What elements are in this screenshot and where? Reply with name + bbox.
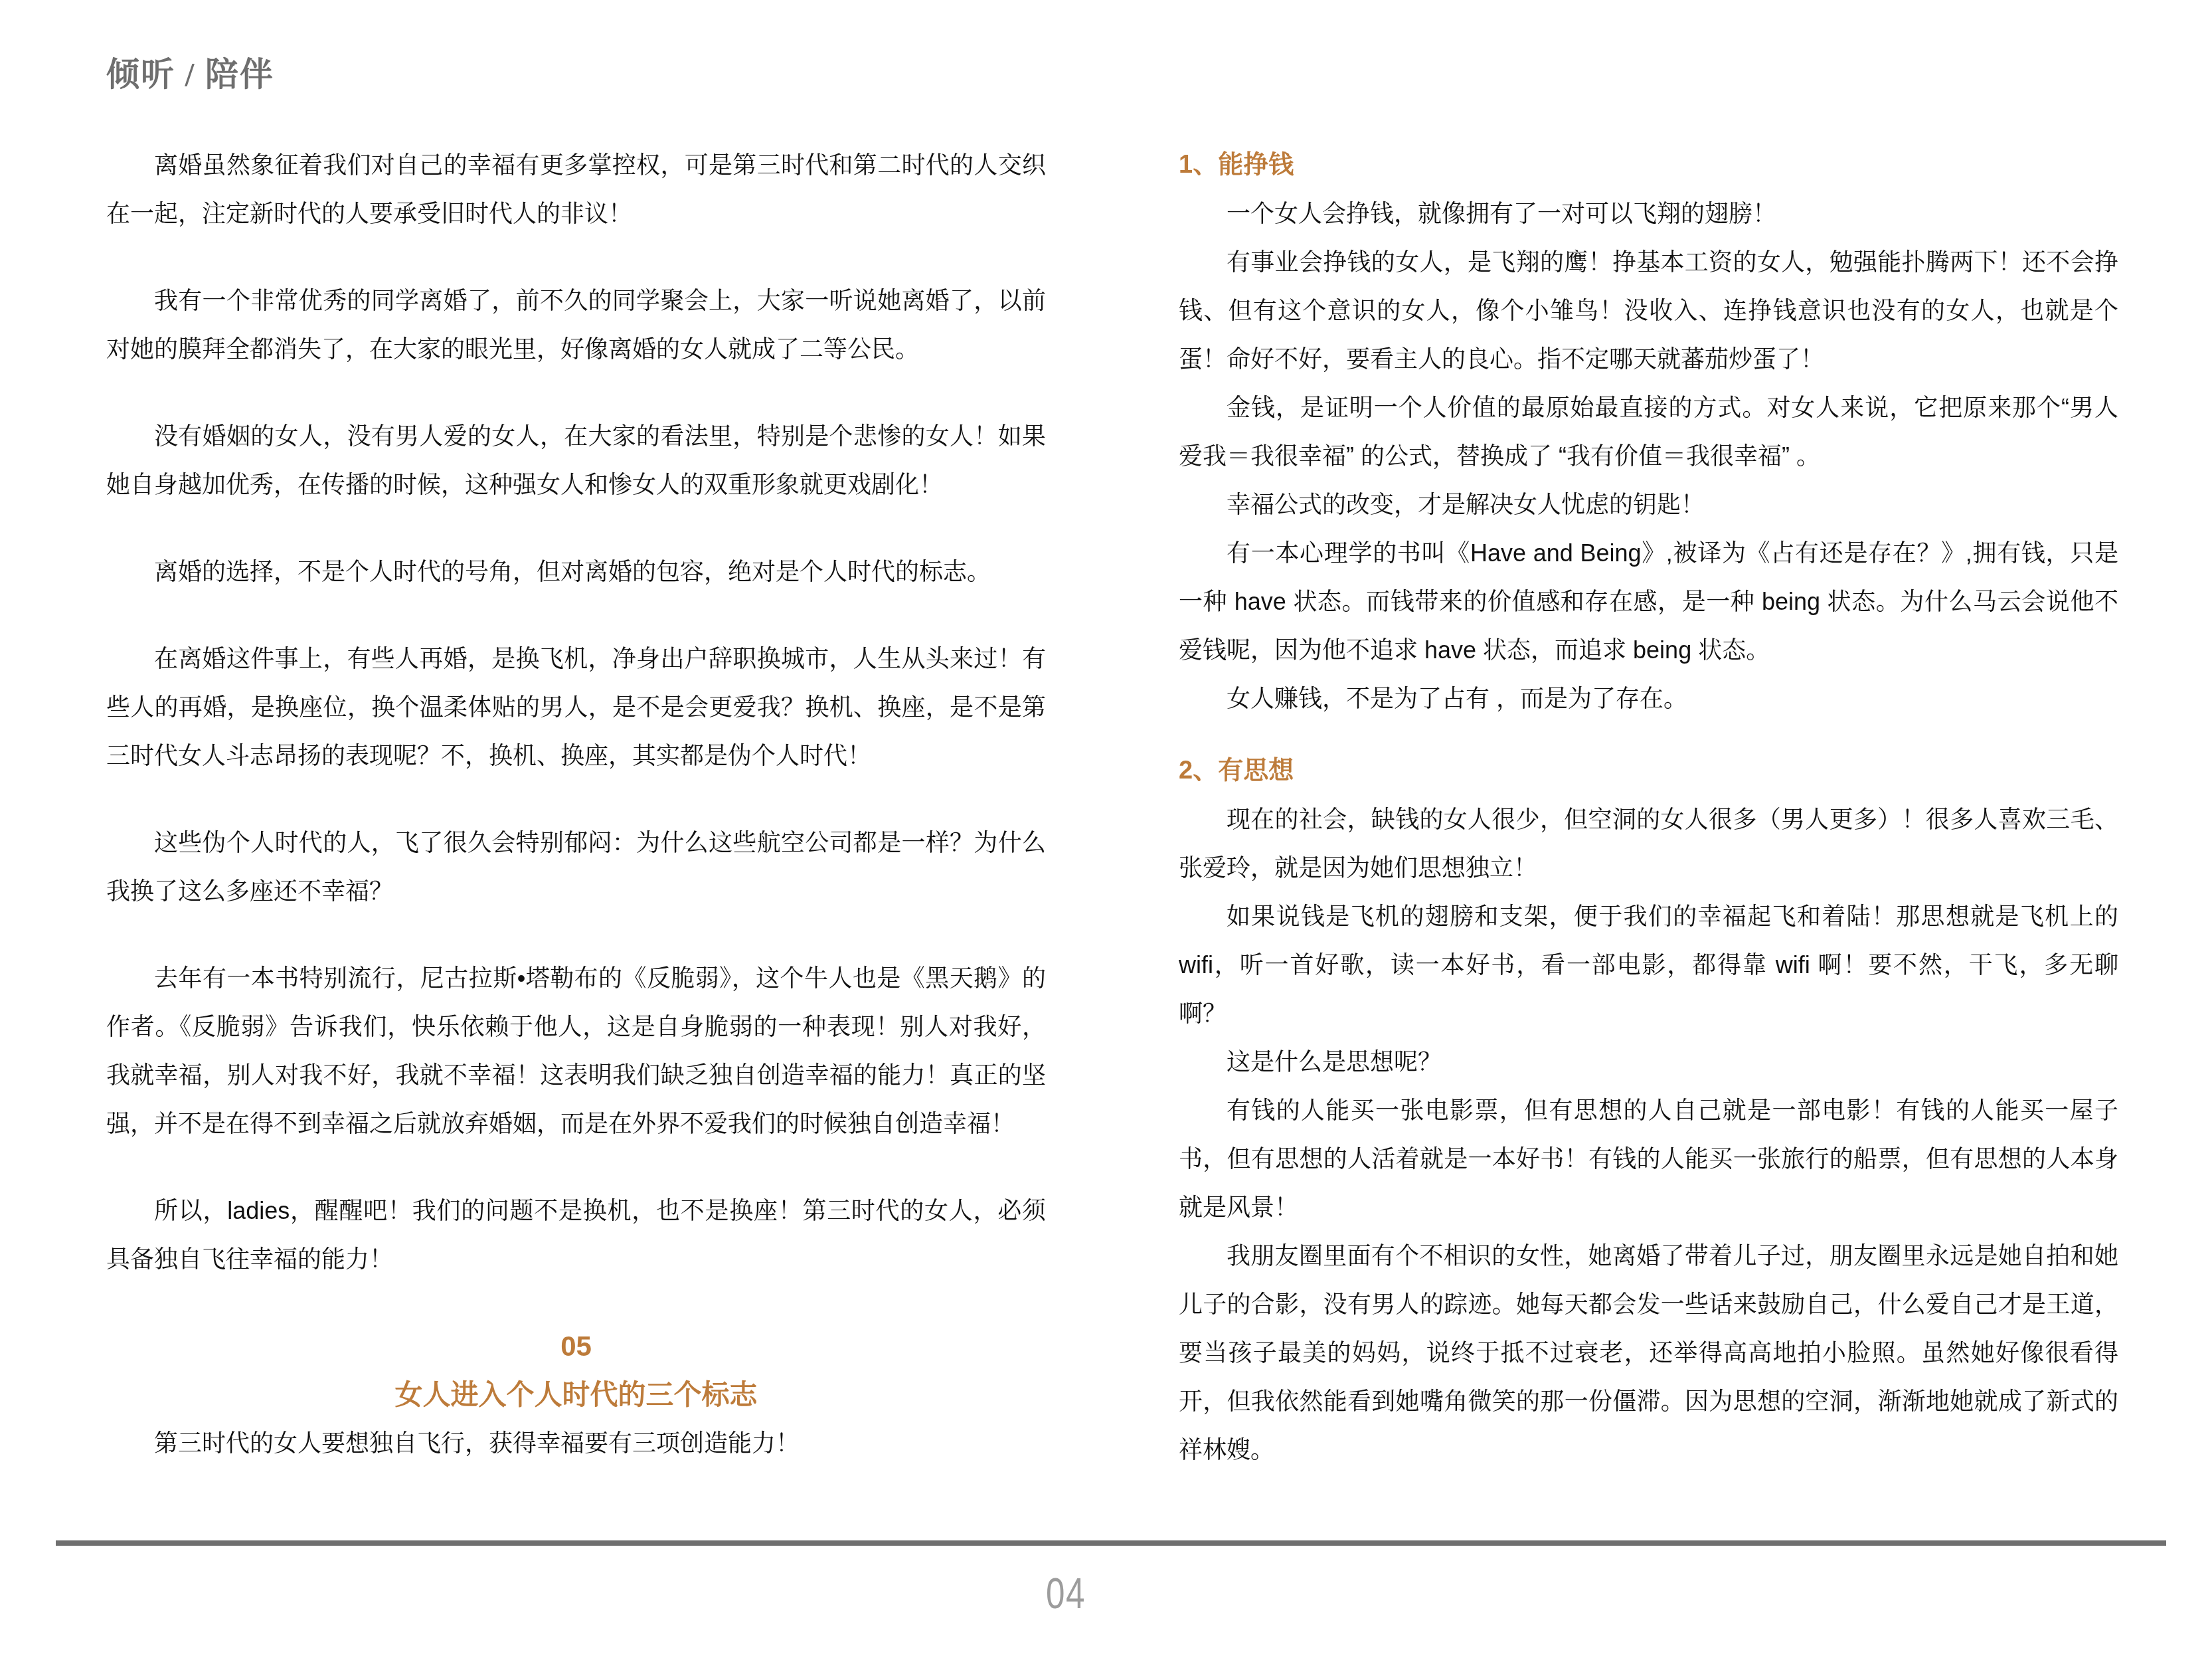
body-paragraph: 所以，ladies，醒醒吧！我们的问题不是换机，也不是换座！第三时代的女人，必须…: [106, 1186, 1046, 1283]
body-paragraph: 在离婚这件事上，有些人再婚，是换飞机，净身出户辞职换城市，人生从头来过！有些人的…: [106, 634, 1046, 780]
body-paragraph: 女人赚钱，不是为了占有 ，而是为了存在。: [1179, 674, 2118, 723]
body-paragraph: 有事业会挣钱的女人，是飞翔的鹰！挣基本工资的女人，勉强能扑腾两下！还不会挣钱、但…: [1179, 238, 2118, 383]
body-paragraph: 这是什么是思想呢？: [1179, 1038, 2118, 1086]
section-heading-2: 2、有思想: [1179, 747, 2118, 795]
body-paragraph: 如果说钱是飞机的翅膀和支架，便于我们的幸福起飞和着陆！那思想就是飞机上的 wif…: [1179, 892, 2118, 1038]
chapter-intro-paragraph: 第三时代的女人要想独自飞行，获得幸福要有三项创造能力！: [106, 1419, 1046, 1467]
running-header: 倾听 / 陪伴: [106, 48, 274, 96]
body-paragraph: 没有婚姻的女人，没有男人爱的女人，在大家的看法里，特别是个悲惨的女人！如果她自身…: [106, 412, 1046, 509]
right-column: 1、能挣钱 一个女人会挣钱，就像拥有了一对可以飞翔的翅膀！ 有事业会挣钱的女人，…: [1179, 141, 2118, 1474]
chapter-section: 05 女人进入个人时代的三个标志: [106, 1322, 1046, 1419]
body-paragraph: 幸福公式的改变，才是解决女人忧虑的钥匙！: [1179, 480, 2118, 529]
body-paragraph: 离婚的选择，不是个人时代的号角，但对离婚的包容，绝对是个人时代的标志。: [106, 547, 1046, 596]
body-paragraph: 有一本心理学的书叫《Have and Being》,被译为《占有还是存在？》,拥…: [1179, 529, 2118, 674]
section-heading-1: 1、能挣钱: [1179, 141, 2118, 189]
body-paragraph: 一个女人会挣钱，就像拥有了一对可以飞翔的翅膀！: [1179, 189, 2118, 238]
body-paragraph: 这些伪个人时代的人，飞了很久会特别郁闷：为什么这些航空公司都是一样？为什么我换了…: [106, 818, 1046, 915]
body-paragraph: 金钱，是证明一个人价值的最原始最直接的方式。对女人来说，它把原来那个“男人爱我＝…: [1179, 383, 2118, 480]
chapter-number: 05: [106, 1322, 1046, 1370]
body-paragraph: 我有一个非常优秀的同学离婚了，前不久的同学聚会上，大家一听说她离婚了，以前对她的…: [106, 276, 1046, 373]
body-paragraph: 去年有一本书特别流行，尼古拉斯•塔勒布的《反脆弱》，这个牛人也是《黑天鹅》的作者…: [106, 954, 1046, 1148]
body-paragraph: 有钱的人能买一张电影票，但有思想的人自己就是一部电影！有钱的人能买一屋子书，但有…: [1179, 1086, 2118, 1232]
chapter-title: 女人进入个人时代的三个标志: [106, 1370, 1046, 1419]
page-number: 04: [997, 1569, 1135, 1618]
body-paragraph: 离婚虽然象征着我们对自己的幸福有更多掌控权，可是第三时代和第二时代的人交织在一起…: [106, 141, 1046, 238]
left-column: 离婚虽然象征着我们对自己的幸福有更多掌控权，可是第三时代和第二时代的人交织在一起…: [106, 141, 1046, 1506]
footer-divider-line: [56, 1540, 2166, 1546]
document-page: 倾听 / 陪伴 离婚虽然象征着我们对自己的幸福有更多掌控权，可是第三时代和第二时…: [0, 0, 2212, 1656]
body-paragraph: 现在的社会，缺钱的女人很少，但空洞的女人很多（男人更多）！很多人喜欢三毛、张爱玲…: [1179, 795, 2118, 892]
body-paragraph: 我朋友圈里面有个不相识的女性，她离婚了带着儿子过，朋友圈里永远是她自拍和她儿子的…: [1179, 1232, 2118, 1474]
